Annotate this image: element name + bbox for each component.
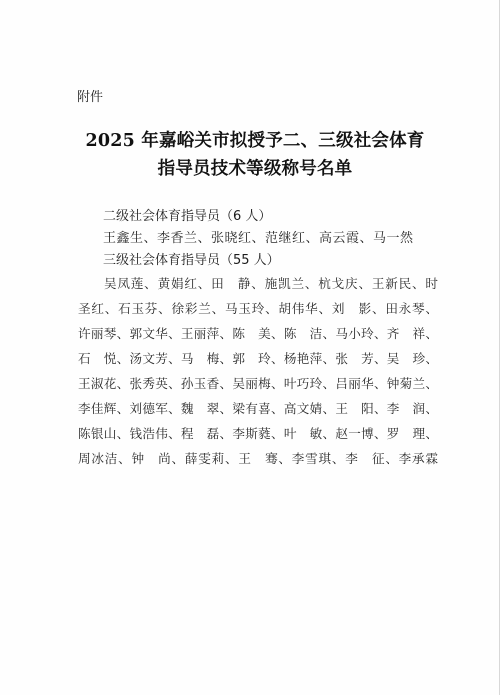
attachment-label: 附件 — [77, 90, 103, 106]
document-title: 2025 年嘉峪关市拟授予二、三级社会体育 指导员技术等级称号名单 — [60, 127, 450, 183]
names-line: 许丽琴、郭文华、王丽萍、陈 美、陈 洁、马小玲、齐 祥、 — [78, 326, 438, 351]
document-page: 附件 2025 年嘉峪关市拟授予二、三级社会体育 指导员技术等级称号名单 二级社… — [0, 0, 499, 695]
names-line: 王淑花、张秀英、孙玉香、吴丽梅、叶巧玲、吕丽华、钟菊兰、 — [78, 376, 438, 401]
level-3-names: 吴凤莲、黄娟红、田 静、施凯兰、杭戈庆、王新民、时 圣红、石玉芬、徐彩兰、马玉玲… — [78, 276, 438, 476]
document-title-line-2: 指导员技术等级称号名单 — [60, 155, 450, 183]
section-heading-level-2: 二级社会体育指导员（6 人） — [103, 209, 271, 225]
names-line: 李佳辉、刘德军、魏 翠、梁有喜、高文婧、王 阳、李 润、 — [78, 401, 438, 426]
names-line: 陈银山、钱浩伟、程 磊、李斯蕤、叶 敏、赵一博、罗 理、 — [78, 426, 438, 451]
section-heading-level-3: 三级社会体育指导员（55 人） — [103, 253, 280, 269]
document-title-line-1: 2025 年嘉峪关市拟授予二、三级社会体育 — [60, 127, 450, 155]
level-2-names: 王鑫生、李香兰、张晓红、范继红、高云霞、马一然 — [103, 231, 414, 247]
names-line: 吴凤莲、黄娟红、田 静、施凯兰、杭戈庆、王新民、时 — [78, 276, 438, 301]
names-line: 圣红、石玉芬、徐彩兰、马玉玲、胡伟华、刘 影、田永琴、 — [78, 301, 438, 326]
names-line: 石 悦、汤文芳、马 梅、郭 玲、杨艳萍、张 芳、吴 珍、 — [78, 351, 438, 376]
names-line: 周冰洁、钟 尚、薛雯莉、王 骞、李雪琪、李 征、李承霖 — [78, 451, 438, 476]
